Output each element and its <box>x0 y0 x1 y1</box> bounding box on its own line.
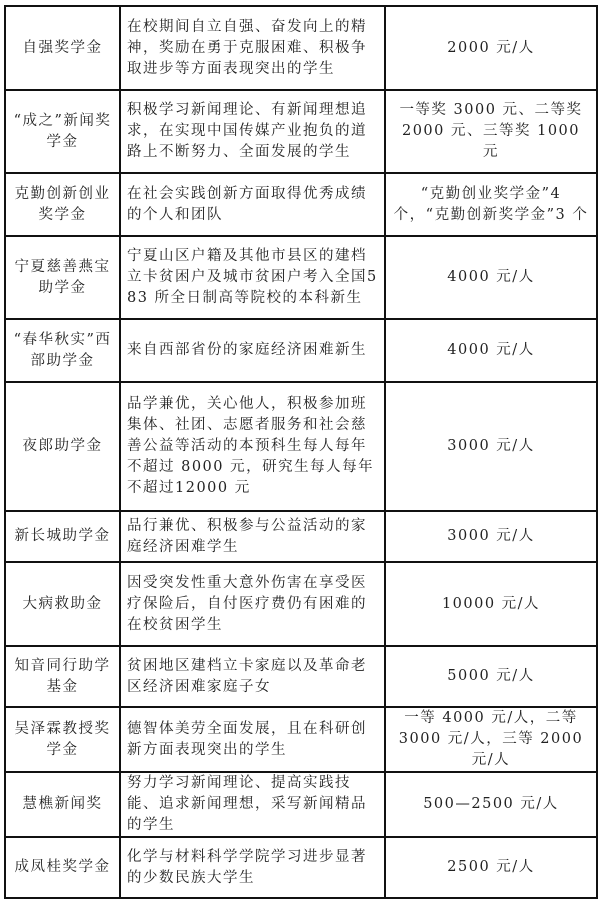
scholarship-criteria: 因受突发性重大意外伤害在享受医疗保险后，自付医疗费仍有困难的在校贫困学生 <box>120 562 385 646</box>
scholarship-criteria: 宁夏山区户籍及其他市县区的建档立卡贫困户及城市贫困户考入全国583 所全日制高等… <box>120 236 385 319</box>
scholarship-criteria: 化学与材料科学学院学习进步显著的少数民族大学生 <box>120 837 385 898</box>
scholarship-criteria: 品学兼优，关心他人，积极参加班集体、社团、志愿者服务和社会慈善公益等活动的本预科… <box>120 382 385 511</box>
scholarship-criteria: 品行兼优、积极参与公益活动的家庭经济困难学生 <box>120 511 385 562</box>
scholarship-name: “春华秋实”西部助学金 <box>5 319 120 382</box>
scholarship-amount: 10000 元/人 <box>385 562 597 646</box>
scholarship-table-container: 自强奖学金 在校期间自立自强、奋发向上的精神，奖励在勇于克服困难、积极争取进步等… <box>4 5 598 899</box>
scholarship-name: 新长城助学金 <box>5 511 120 562</box>
table-row: “成之”新闻奖学金 积极学习新闻理论、有新闻理想追求，在实现中国传媒产业抱负的道… <box>5 90 597 173</box>
scholarship-amount: 3000 元/人 <box>385 382 597 511</box>
scholarship-criteria: 努力学习新闻理论、提高实践技能、追求新闻理想，采写新闻精品的学生 <box>120 772 385 837</box>
scholarship-criteria: 德智体美劳全面发展，且在科研创新方面表现突出的学生 <box>120 707 385 772</box>
scholarship-amount: 一等 4000 元/人，二等 3000 元/人，三等 2000 元/人 <box>385 707 597 772</box>
table-row: 成凤桂奖学金 化学与材料科学学院学习进步显著的少数民族大学生 2500 元/人 <box>5 837 597 898</box>
table-row: 夜郎助学金 品学兼优，关心他人，积极参加班集体、社团、志愿者服务和社会慈善公益等… <box>5 382 597 511</box>
table-row: 吴泽霖教授奖学金 德智体美劳全面发展，且在科研创新方面表现突出的学生 一等 40… <box>5 707 597 772</box>
scholarship-name: 慧樵新闻奖 <box>5 772 120 837</box>
scholarship-amount: 2000 元/人 <box>385 6 597 90</box>
scholarship-amount: “克勤创业奖学金”4 个，“克勤创新奖学金”3 个 <box>385 173 597 236</box>
table-row: “春华秋实”西部助学金 来自西部省份的家庭经济困难新生 4000 元/人 <box>5 319 597 382</box>
scholarship-name: 成凤桂奖学金 <box>5 837 120 898</box>
scholarship-amount: 4000 元/人 <box>385 236 597 319</box>
scholarship-name: 宁夏慈善燕宝助学金 <box>5 236 120 319</box>
scholarship-amount: 500—2500 元/人 <box>385 772 597 837</box>
scholarship-amount: 一等奖 3000 元、二等奖 2000 元、三等奖 1000 元 <box>385 90 597 173</box>
scholarship-criteria: 贫困地区建档立卡家庭以及革命老区经济困难家庭子女 <box>120 646 385 707</box>
scholarship-name: 自强奖学金 <box>5 6 120 90</box>
scholarship-name: “成之”新闻奖学金 <box>5 90 120 173</box>
table-row: 克勤创新创业奖学金 在社会实践创新方面取得优秀成绩的个人和团队 “克勤创业奖学金… <box>5 173 597 236</box>
scholarship-name: 夜郎助学金 <box>5 382 120 511</box>
table-row: 自强奖学金 在校期间自立自强、奋发向上的精神，奖励在勇于克服困难、积极争取进步等… <box>5 6 597 90</box>
scholarship-table: 自强奖学金 在校期间自立自强、奋发向上的精神，奖励在勇于克服困难、积极争取进步等… <box>4 5 598 899</box>
scholarship-amount: 5000 元/人 <box>385 646 597 707</box>
scholarship-table-body: 自强奖学金 在校期间自立自强、奋发向上的精神，奖励在勇于克服困难、积极争取进步等… <box>5 6 597 898</box>
table-row: 大病救助金 因受突发性重大意外伤害在享受医疗保险后，自付医疗费仍有困难的在校贫困… <box>5 562 597 646</box>
scholarship-amount: 3000 元/人 <box>385 511 597 562</box>
scholarship-name: 知音同行助学基金 <box>5 646 120 707</box>
table-row: 知音同行助学基金 贫困地区建档立卡家庭以及革命老区经济困难家庭子女 5000 元… <box>5 646 597 707</box>
scholarship-amount: 4000 元/人 <box>385 319 597 382</box>
scholarship-name: 克勤创新创业奖学金 <box>5 173 120 236</box>
table-row: 宁夏慈善燕宝助学金 宁夏山区户籍及其他市县区的建档立卡贫困户及城市贫困户考入全国… <box>5 236 597 319</box>
scholarship-criteria: 来自西部省份的家庭经济困难新生 <box>120 319 385 382</box>
scholarship-criteria: 在社会实践创新方面取得优秀成绩的个人和团队 <box>120 173 385 236</box>
scholarship-name: 大病救助金 <box>5 562 120 646</box>
table-row: 慧樵新闻奖 努力学习新闻理论、提高实践技能、追求新闻理想，采写新闻精品的学生 5… <box>5 772 597 837</box>
table-row: 新长城助学金 品行兼优、积极参与公益活动的家庭经济困难学生 3000 元/人 <box>5 511 597 562</box>
scholarship-criteria: 在校期间自立自强、奋发向上的精神，奖励在勇于克服困难、积极争取进步等方面表现突出… <box>120 6 385 90</box>
scholarship-name: 吴泽霖教授奖学金 <box>5 707 120 772</box>
scholarship-criteria: 积极学习新闻理论、有新闻理想追求，在实现中国传媒产业抱负的道路上不断努力、全面发… <box>120 90 385 173</box>
scholarship-amount: 2500 元/人 <box>385 837 597 898</box>
